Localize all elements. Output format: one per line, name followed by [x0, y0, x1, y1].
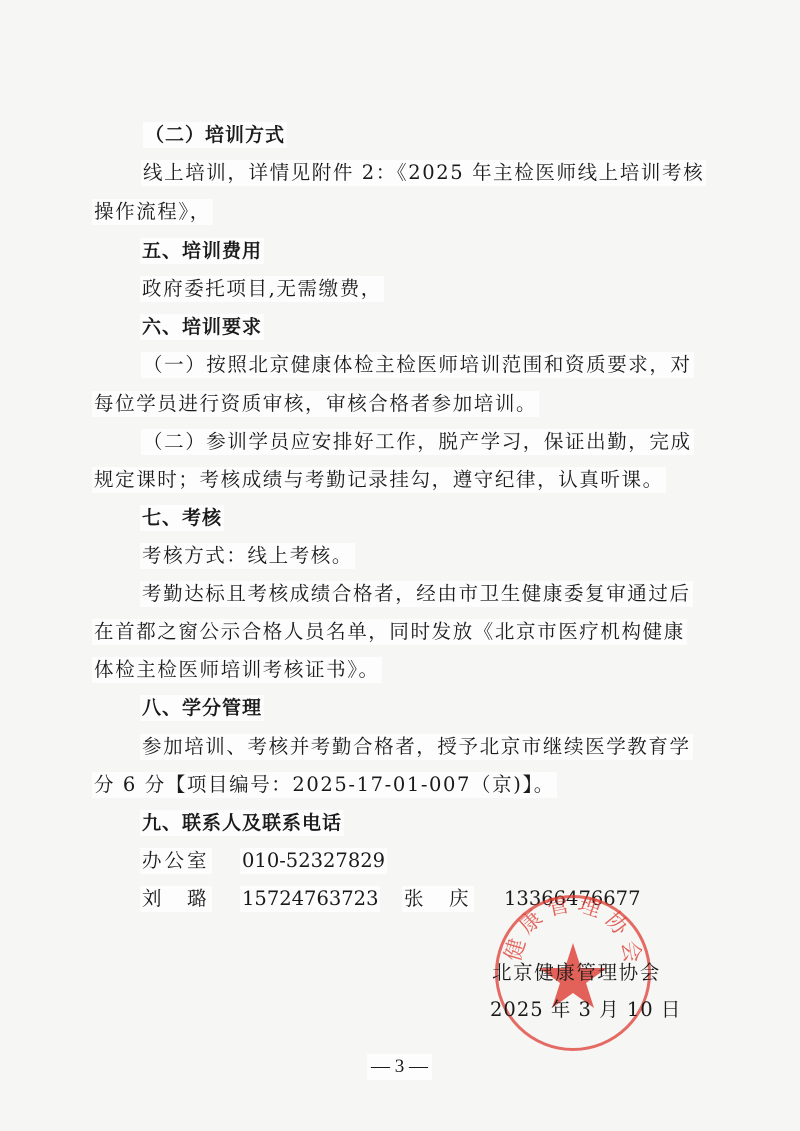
section-heading-contacts: 九、联系人及联系电话	[140, 810, 344, 836]
section-heading-requirements: 六、培训要求	[140, 314, 264, 340]
document-page: （二）培训方式 线上培训，详情见附件 2：《2025 年主检医师线上培训考核 操…	[0, 0, 800, 1131]
paragraph-line: （二）参训学员应安排好工作，脱产学习，保证出勤，完成	[141, 429, 694, 455]
paragraph-line: 在首都之窗公示合格人员名单，同时发放《北京市医疗机构健康	[92, 619, 687, 645]
page-number: — 3 —	[367, 1054, 432, 1080]
paragraph-line: 参加培训、考核并考勤合格者，授予北京市继续医学教育学	[140, 734, 693, 760]
section-heading-fees: 五、培训费用	[140, 238, 264, 264]
section-heading-assessment: 七、考核	[140, 505, 224, 531]
contact-name-1: 刘 璐	[140, 886, 212, 912]
contact-name-2: 张 庆	[402, 886, 474, 912]
issue-date: 2025 年 3 月 10 日	[488, 997, 683, 1023]
paragraph-line: 考核方式：线上考核。	[140, 543, 355, 569]
paragraph-line: 体检主检医师培训考核证书》。	[92, 657, 382, 683]
contact-phone-office: 010-52327829	[240, 848, 387, 874]
issuing-organization: 北京健康管理协会	[490, 960, 663, 986]
paragraph-line: 规定课时；考核成绩与考勤记录挂勾，遵守纪律，认真听课。	[92, 467, 666, 493]
paragraph-line: 考勤达标且考核成绩合格者，经由市卫生健康委复审通过后	[140, 581, 693, 607]
paragraph-line: 操作流程》，	[92, 199, 213, 225]
paragraph-line: 政府委托项目,无需缴费，	[140, 276, 384, 302]
paragraph-line: 每位学员进行资质审核，审核合格者参加培训。	[92, 391, 539, 417]
subheading-training-method: （二）培训方式	[143, 122, 287, 148]
contact-name-office: 办公室	[140, 848, 212, 874]
section-heading-credits: 八、学分管理	[140, 695, 264, 721]
contact-phone-1: 15724763723	[240, 886, 380, 912]
paragraph-line: 线上培训，详情见附件 2：《2025 年主检医师线上培训考核	[141, 160, 706, 186]
paragraph-line: 分 6 分【项目编号：2025-17-01-007（京)】。	[92, 772, 557, 798]
paragraph-line: （一）按照北京健康体检主检医师培训范围和资质要求，对	[141, 352, 694, 378]
